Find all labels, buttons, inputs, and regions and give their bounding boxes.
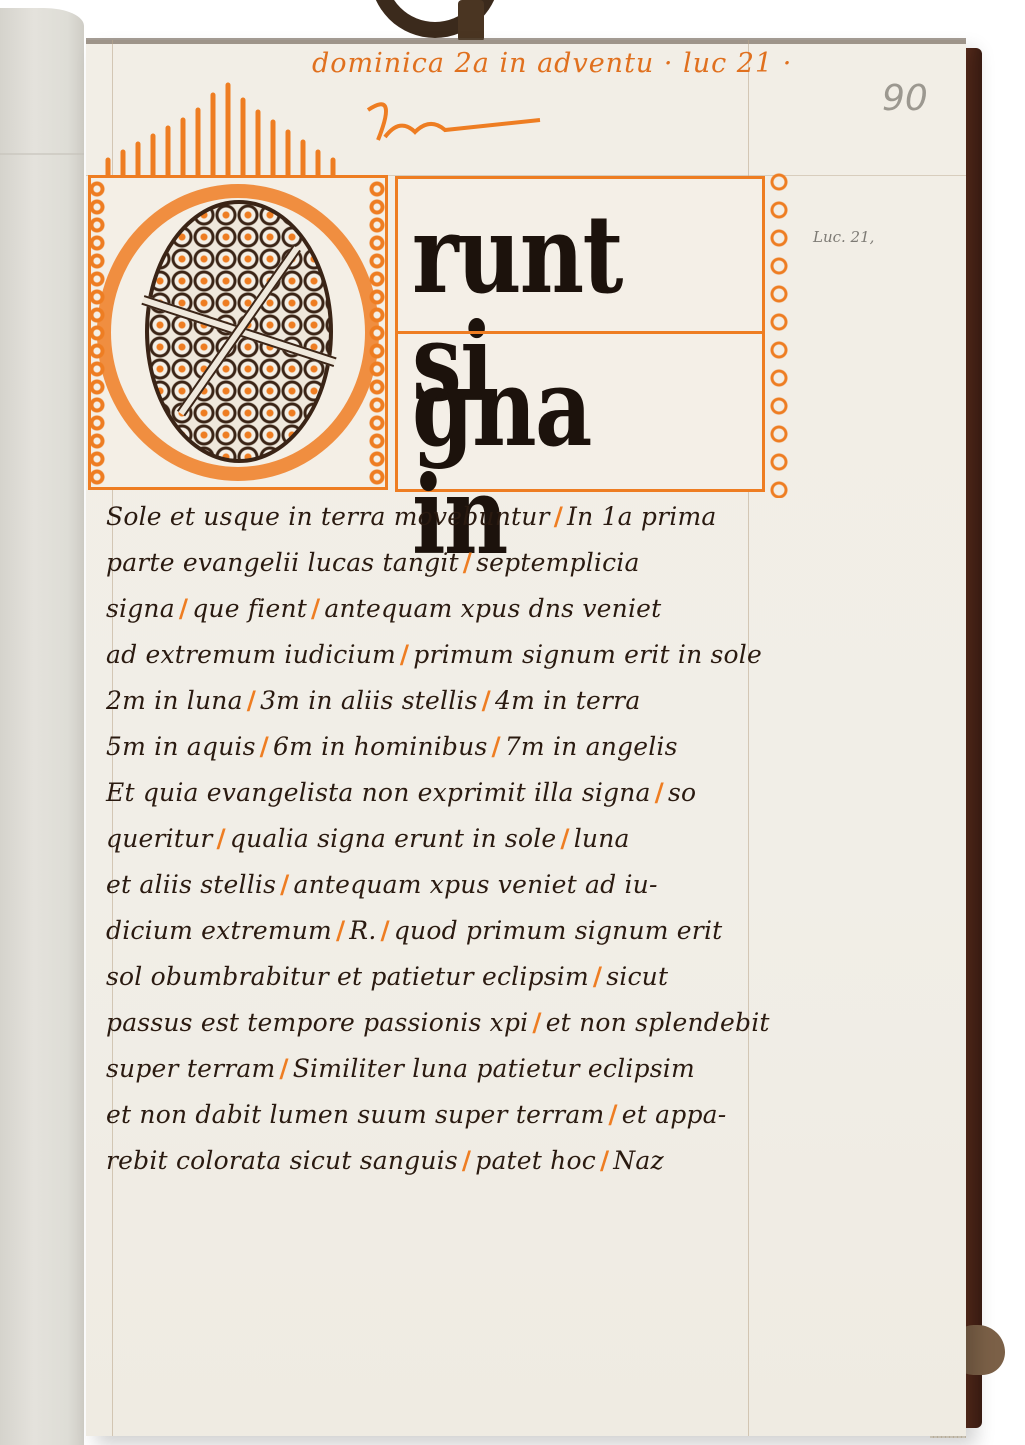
- text-segment: Naz: [613, 1146, 664, 1175]
- penwork-border: [88, 180, 106, 485]
- margin-note: Luc. 21,: [813, 228, 874, 246]
- virgule-mark: /: [550, 502, 567, 531]
- text-segment: ad extremum iudicium: [106, 640, 396, 669]
- text-line: 5m in aquis/6m in hominibus/7m in angeli…: [106, 724, 786, 770]
- facing-page-edge: [0, 8, 84, 1445]
- text-segment: super terram: [106, 1054, 275, 1083]
- virgule-mark: /: [458, 1146, 475, 1175]
- text-segment: so: [668, 778, 696, 807]
- text-line: et non dabit lumen suum super terram/et …: [106, 1092, 786, 1138]
- text-line: sol obumbrabitur et patietur eclipsim/si…: [106, 954, 786, 1000]
- text-segment: Similiter luna patietur eclipsim: [293, 1054, 695, 1083]
- virgule-mark: /: [528, 1008, 545, 1037]
- body-text: Sole et usque in terra movebuntur/In 1a …: [106, 494, 786, 1184]
- page-crease: [0, 153, 84, 155]
- text-segment: antequam xpus dns veniet: [324, 594, 661, 623]
- text-segment: qualia signa erunt in sole: [230, 824, 557, 853]
- virgule-mark: /: [276, 870, 293, 899]
- text-segment: 5m in aquis: [106, 732, 256, 761]
- text-segment: 6m in hominibus: [273, 732, 488, 761]
- clasp-pin: [458, 0, 484, 42]
- text-line: rebit colorata sicut sanguis/patet hoc/N…: [106, 1138, 786, 1184]
- virgule-mark: /: [175, 594, 192, 623]
- text-segment: Sole et usque in terra movebuntur: [106, 502, 550, 531]
- right-penwork-flourish: [765, 168, 793, 498]
- virgule-mark: /: [651, 778, 668, 807]
- virgule-mark: /: [376, 916, 393, 945]
- text-segment: et non dabit lumen suum super terram: [106, 1100, 604, 1129]
- virgule-mark: /: [332, 916, 349, 945]
- penwork-border: [368, 180, 386, 485]
- virgule-mark: /: [243, 686, 260, 715]
- virgule-mark: /: [256, 732, 273, 761]
- virgule-mark: /: [396, 640, 413, 669]
- virgule-mark: /: [589, 962, 606, 991]
- text-segment: dicium extremum: [106, 916, 332, 945]
- text-segment: Et quia evangelista non exprimit illa si…: [106, 778, 651, 807]
- virgule-mark: /: [307, 594, 324, 623]
- folio-number: 90: [882, 78, 928, 119]
- text-segment: sicut: [606, 962, 668, 991]
- leather-binding: [966, 48, 982, 1428]
- text-segment: et aliis stellis: [106, 870, 276, 899]
- text-line: queritur/qualia signa erunt in sole/luna: [106, 816, 786, 862]
- display-script-box: runt si gna in: [395, 176, 765, 492]
- text-segment: 3m in aliis stellis: [260, 686, 478, 715]
- virgule-mark: /: [487, 732, 504, 761]
- text-segment: 4m in terra: [495, 686, 640, 715]
- virgule-mark: /: [556, 824, 573, 853]
- virgule-mark: /: [478, 686, 495, 715]
- text-segment: R.: [349, 916, 376, 945]
- text-line: Et quia evangelista non exprimit illa si…: [106, 770, 786, 816]
- text-segment: sol obumbrabitur et patietur eclipsim: [106, 962, 589, 991]
- virgule-mark: /: [604, 1100, 621, 1129]
- text-segment: passus est tempore passionis xpi: [106, 1008, 528, 1037]
- text-segment: primum signum erit in sole: [413, 640, 762, 669]
- text-segment: septemplicia: [476, 548, 639, 577]
- virgule-mark: /: [459, 548, 476, 577]
- text-line: signa/que fient/antequam xpus dns veniet: [106, 586, 786, 632]
- text-line: super terram/Similiter luna patietur ecl…: [106, 1046, 786, 1092]
- text-segment: rebit colorata sicut sanguis: [106, 1146, 458, 1175]
- text-segment: que fient: [192, 594, 307, 623]
- virgule-mark: /: [213, 824, 230, 853]
- text-segment: 7m in angelis: [505, 732, 678, 761]
- text-segment: luna: [574, 824, 630, 853]
- text-segment: parte evangelii lucas tangit: [106, 548, 459, 577]
- page-top-edge: [86, 38, 966, 44]
- text-segment: queritur: [106, 824, 213, 853]
- text-segment: et appa-: [622, 1100, 727, 1129]
- text-segment: quod primum signum erit: [394, 916, 723, 945]
- display-divider: [398, 331, 762, 334]
- text-line: passus est tempore passionis xpi/et non …: [106, 1000, 786, 1046]
- pen-flourish-icon: [380, 112, 550, 142]
- text-line: 2m in luna/3m in aliis stellis/4m in ter…: [106, 678, 786, 724]
- rubric-heading: dominica 2a in adventu · luc 21 ·: [312, 48, 792, 79]
- text-segment: et non splendebit: [546, 1008, 770, 1037]
- text-segment: signa: [106, 594, 175, 623]
- text-line: dicium extremum/R./quod primum signum er…: [106, 908, 786, 954]
- text-line: ad extremum iudicium/primum signum erit …: [106, 632, 786, 678]
- text-line: Sole et usque in terra movebuntur/In 1a …: [106, 494, 786, 540]
- virgule-mark: /: [596, 1146, 613, 1175]
- virgule-mark: /: [275, 1054, 292, 1083]
- text-segment: In 1a prima: [567, 502, 716, 531]
- text-segment: patet hoc: [475, 1146, 596, 1175]
- text-segment: antequam xpus veniet ad iu-: [294, 870, 658, 899]
- text-line: parte evangelii lucas tangit/septemplici…: [106, 540, 786, 586]
- text-segment: 2m in luna: [106, 686, 243, 715]
- initial-letter: E: [120, 140, 368, 480]
- text-line: et aliis stellis/antequam xpus veniet ad…: [106, 862, 786, 908]
